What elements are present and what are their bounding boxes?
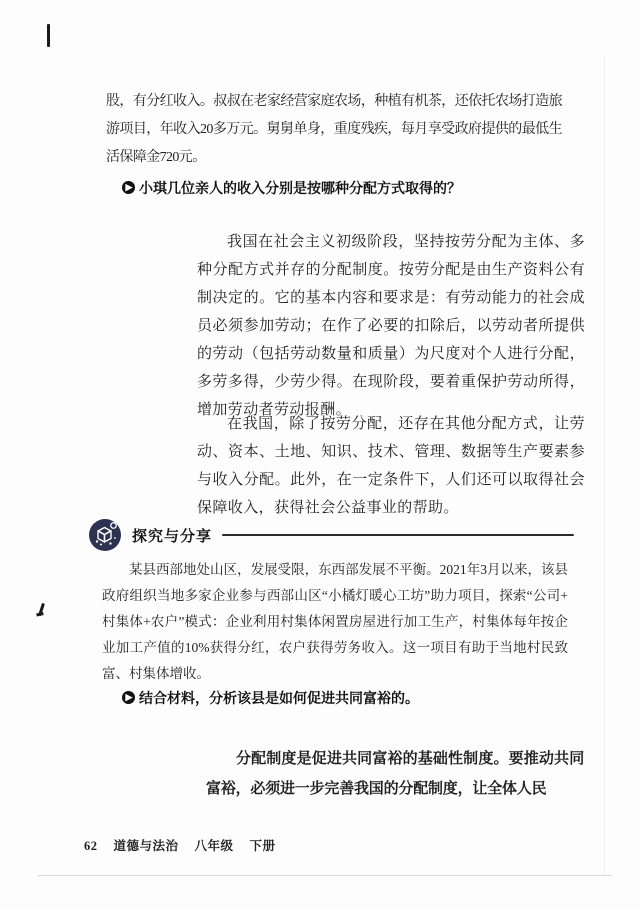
question-2-text: 结合材料，分析该县是如何促进共同富裕的。 <box>139 688 419 708</box>
volume-label: 下册 <box>250 836 276 854</box>
page-footer: 62 道德与法治 八年级 下册 <box>84 836 292 854</box>
question-2: ▶ 结合材料，分析该县是如何促进共同富裕的。 <box>122 688 552 708</box>
textbook-page: 股，有分红收入。叔叔在老家经营家庭农场，种植有机茶，还依托农场打造旅游项目，年收… <box>0 0 640 909</box>
section-rule-line <box>222 534 574 536</box>
question-1: ▶ 小琪几位亲人的收入分别是按哪种分配方式取得的？ <box>122 178 542 198</box>
body-paragraph-2: 在我国，除了按劳分配，还存在其他分配方式，让劳动、资本、土地、知识、技术、管理、… <box>197 410 585 522</box>
activity-section-header: 探究与分享 <box>88 517 578 553</box>
scan-mark-tick <box>38 603 45 616</box>
page-number: 62 <box>84 839 98 854</box>
book-title: 道德与法治 <box>114 836 179 854</box>
bullet-arrow-icon: ▶ <box>122 181 135 194</box>
key-paragraph: 分配制度是促进共同富裕的基础性制度。要推动共同富裕，必须进一步完善我国的分配制度… <box>206 744 584 804</box>
page-edge-right <box>604 55 605 875</box>
question-1-text: 小琪几位亲人的收入分别是按哪种分配方式取得的？ <box>139 178 461 198</box>
bullet-arrow-icon: ▶ <box>122 691 135 704</box>
intro-paragraph: 股，有分红收入。叔叔在老家经营家庭农场，种植有机茶，还依托农场打造旅游项目，年收… <box>106 88 562 172</box>
grade-label: 八年级 <box>195 836 234 854</box>
activity-section-title: 探究与分享 <box>132 525 212 546</box>
activity-body: 某县西部地处山区，发展受限，东西部发展不平衡。2021年3月以来，该县政府组织当… <box>102 557 568 687</box>
body-paragraph-1: 我国在社会主义初级阶段，坚持按劳分配为主体、多种分配方式并存的分配制度。按劳分配… <box>197 228 585 424</box>
scan-mark-vertical <box>47 24 50 47</box>
cube-globe-icon <box>88 518 122 552</box>
page-edge-bottom <box>38 875 612 876</box>
